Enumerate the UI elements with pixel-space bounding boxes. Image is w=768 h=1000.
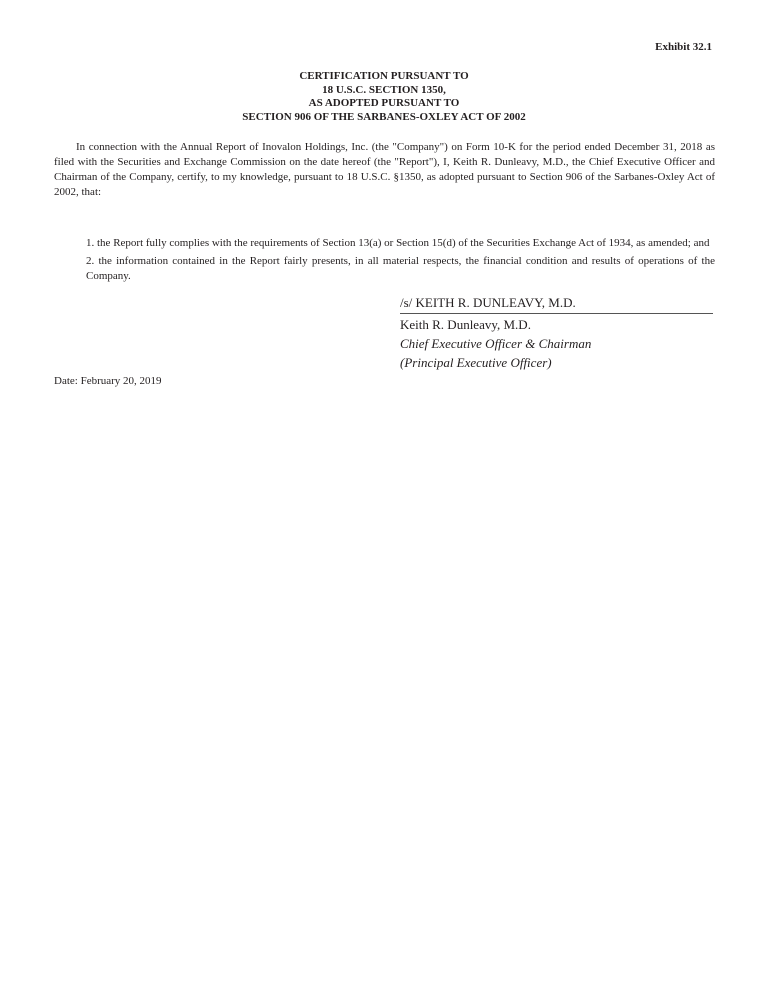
signature-line: /s/ KEITH R. DUNLEAVY, M.D. [400,293,713,314]
signature-block: /s/ KEITH R. DUNLEAVY, M.D. Keith R. Dun… [400,293,713,372]
intro-paragraph: In connection with the Annual Report of … [54,140,715,200]
signer-title: Chief Executive Officer & Chairman [400,334,713,353]
document-title: CERTIFICATION PURSUANT TO 18 U.S.C. SECT… [0,70,768,124]
certification-item-2: 2. the information contained in the Repo… [86,254,715,284]
date-line: Date: February 20, 2019 [54,375,162,387]
title-line-4: SECTION 906 OF THE SARBANES-OXLEY ACT OF… [0,111,768,125]
signer-name: Keith R. Dunleavy, M.D. [400,315,713,334]
exhibit-label: Exhibit 32.1 [655,41,712,53]
title-line-2: 18 U.S.C. SECTION 1350, [0,84,768,98]
title-line-1: CERTIFICATION PURSUANT TO [0,70,768,84]
title-line-3: AS ADOPTED PURSUANT TO [0,97,768,111]
signer-role: (Principal Executive Officer) [400,353,713,372]
certification-item-1: 1. the Report fully complies with the re… [86,236,715,251]
